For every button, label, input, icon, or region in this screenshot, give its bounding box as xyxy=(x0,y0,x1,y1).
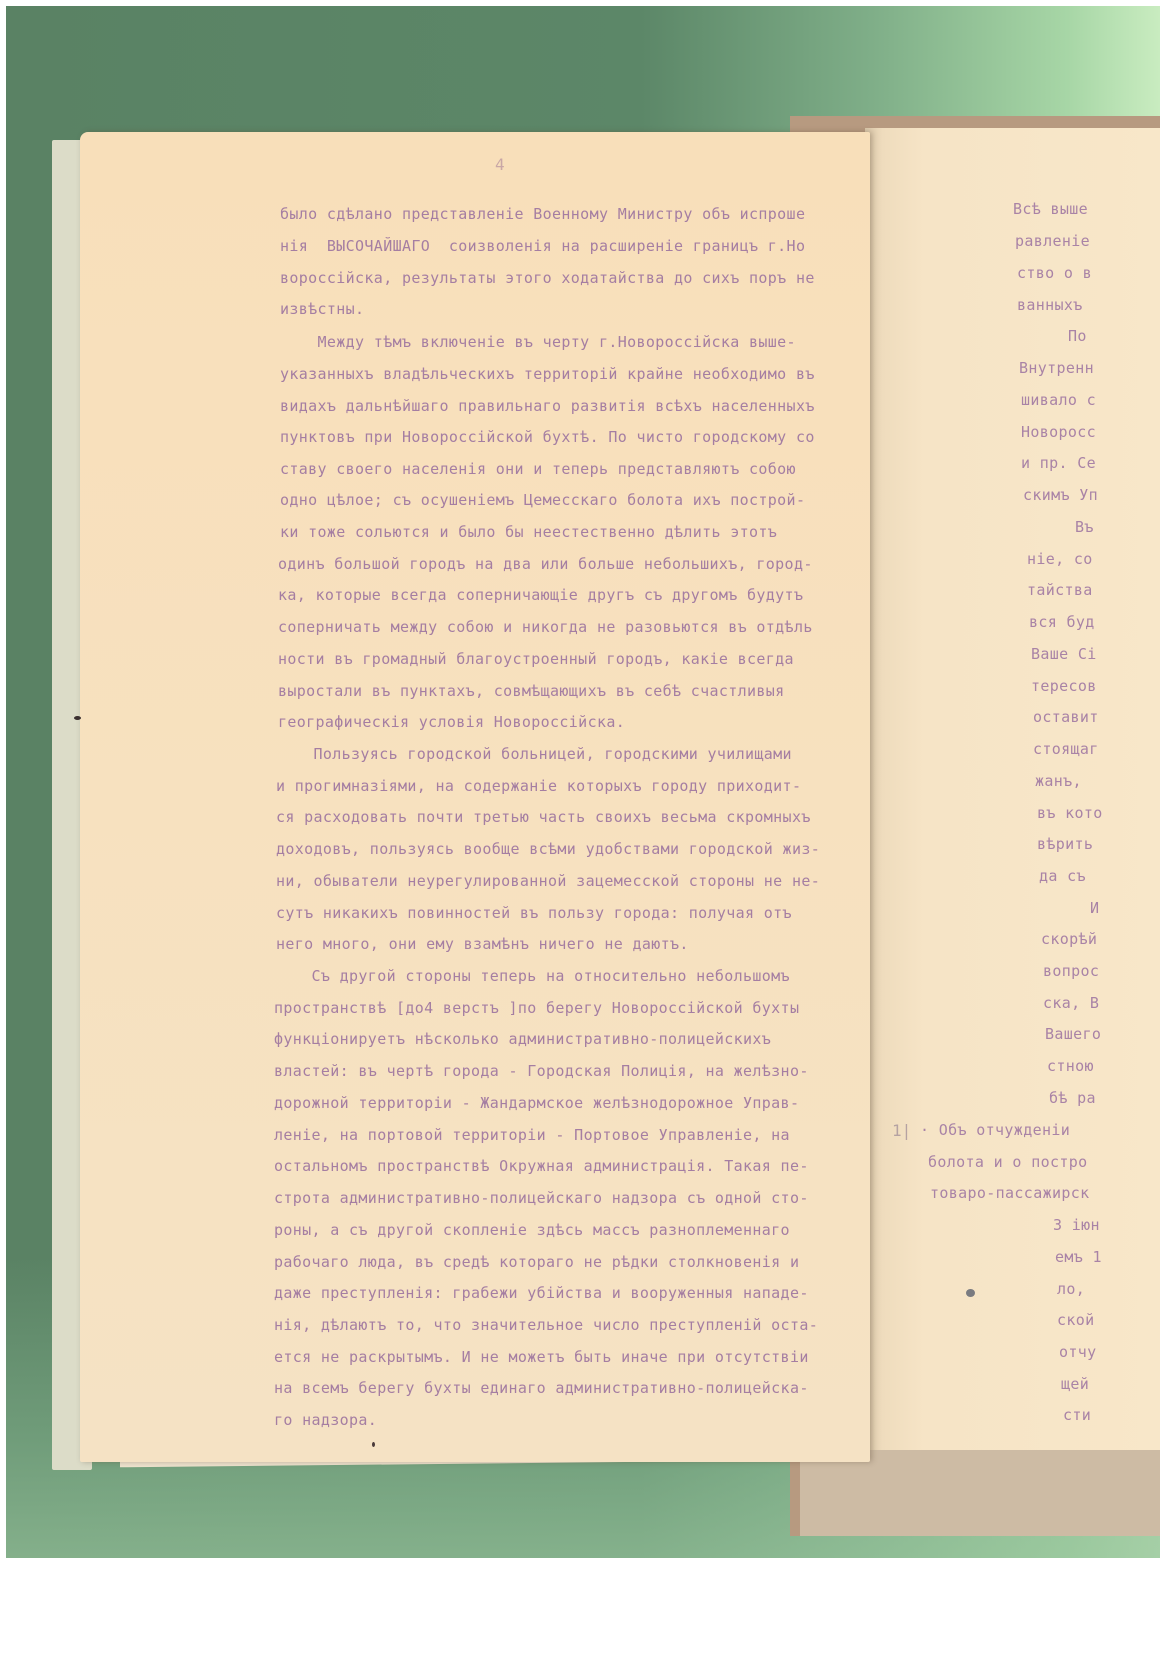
text-line: 3 іюн xyxy=(1053,1216,1100,1234)
text-line: ности въ громадный благоустроенный город… xyxy=(278,650,794,668)
text-line: щей xyxy=(1061,1375,1089,1393)
text-line: бѣ ра xyxy=(1049,1089,1096,1107)
text-line: рабочаго люда, въ средѣ котораго не рѣдк… xyxy=(274,1253,799,1271)
text-line: указанныхъ владѣльческихъ территорій кра… xyxy=(280,365,815,383)
text-line: дорожной территоріи - Жандармское желѣзн… xyxy=(274,1094,799,1112)
text-line: ется не раскрытымъ. И не можетъ быть ина… xyxy=(274,1348,809,1366)
text-line: соперничать между собою и никогда не раз… xyxy=(278,618,813,636)
text-line: скимъ Уп xyxy=(1023,486,1098,504)
text-line: роны, а съ другой скопленіе здѣсь массъ … xyxy=(274,1221,790,1239)
text-line: и пр. Се xyxy=(1021,454,1096,472)
text-line: пространствѣ [до4 верстъ ]по берегу Ново… xyxy=(274,999,799,1017)
text-line: ка, которые всегда соперничающіе другъ с… xyxy=(278,586,803,604)
text-line: оставит xyxy=(1033,708,1099,726)
text-line: даже преступленія: грабежи убійства и во… xyxy=(274,1284,809,1302)
text-line: нія, дѣлаютъ то, что значительное число … xyxy=(274,1316,818,1334)
text-line: Всѣ выше xyxy=(1013,200,1088,218)
text-line: равленіе xyxy=(1015,232,1090,250)
text-line: Между тѣмъ включеніе въ черту г.Новоросс… xyxy=(280,333,796,351)
text-line: функціонируетъ нѣсколько административно… xyxy=(274,1030,771,1048)
text-line: ство о в xyxy=(1017,264,1092,282)
text-line: тайства xyxy=(1027,581,1093,599)
text-line: одно цѣлое; съ осушеніемъ Цемесскаго бол… xyxy=(280,491,805,509)
text-line: нія ВЫСОЧАЙШАГО соизволенія на расширені… xyxy=(280,237,805,255)
text-line: было сдѣлано представленіе Военному Мини… xyxy=(280,205,805,223)
text-line: тересов xyxy=(1031,677,1097,695)
text-line: леніе, на портовой территоріи - Портовое… xyxy=(274,1126,790,1144)
text-line: Новоросс xyxy=(1021,423,1096,441)
text-line: ло, xyxy=(1057,1280,1095,1298)
text-line: ской xyxy=(1057,1311,1095,1329)
text-line: Въ xyxy=(1075,518,1094,536)
text-line: го надзора. xyxy=(274,1411,377,1429)
text-line: него много, они ему взамѣнъ ничего не да… xyxy=(276,935,689,953)
text-line: ніе, со xyxy=(1027,550,1093,568)
text-line: По xyxy=(1068,327,1087,345)
text-line: географическія условія Новороссійска. xyxy=(278,713,625,731)
text-line: вся буд xyxy=(1029,613,1095,631)
text-line: извѣстны. xyxy=(280,300,364,318)
text-line: жанъ, xyxy=(1035,772,1091,790)
text-line: въ кото xyxy=(1037,804,1103,822)
text-line: шивало с xyxy=(1021,391,1096,409)
text-line: властей: въ чертѣ города - Городская Пол… xyxy=(274,1062,809,1080)
text-line: сутъ никакихъ повинностей въ пользу горо… xyxy=(276,904,792,922)
text-line: ванныхъ xyxy=(1017,296,1083,314)
text-line: товаро-пассажирск xyxy=(930,1184,1089,1202)
text-line: выростали въ пунктахъ, совмѣщающихъ въ с… xyxy=(278,682,785,700)
text-line: емъ 1 xyxy=(1055,1248,1102,1266)
text-line: ставу своего населенія они и теперь пред… xyxy=(280,460,796,478)
text-line: скорѣй xyxy=(1041,930,1097,948)
text-line: ки тоже сольются и было бы неестественно… xyxy=(280,523,777,541)
ink-spot xyxy=(372,1442,375,1447)
text-line: Съ другой стороны теперь на относительно… xyxy=(274,967,790,985)
text-line: Пользуясь городской больницей, городским… xyxy=(276,745,792,763)
text-line: да съ xyxy=(1039,867,1086,885)
text-line: пунктовъ при Новороссійской бухтѣ. По чи… xyxy=(280,428,815,446)
text-line: сти xyxy=(1063,1406,1091,1424)
ink-spot xyxy=(74,716,81,720)
text-line: болота и о постро xyxy=(928,1153,1087,1171)
text-line: вопрос xyxy=(1043,962,1099,980)
text-line: ска, В xyxy=(1043,994,1099,1012)
text-line: Внутренн xyxy=(1019,359,1094,377)
text-line: доходовъ, пользуясь вообще всѣми удобств… xyxy=(276,840,820,858)
text-line: остальномъ пространствѣ Окружная админис… xyxy=(274,1157,809,1175)
text-line: видахъ дальнѣйшаго правильнаго развитія … xyxy=(280,397,815,415)
text-line: Ваше Сі xyxy=(1031,645,1097,663)
text-line: стною xyxy=(1047,1057,1094,1075)
text-line: · Объ отчужденіи xyxy=(920,1121,1070,1139)
text-line: вороссійска, результаты этого ходатайств… xyxy=(280,269,815,287)
text-line: строта административно-полицейскаго надз… xyxy=(274,1189,809,1207)
text-line: ни, обыватели неурегулированной зацемесс… xyxy=(276,872,820,890)
text-line: И xyxy=(1090,899,1099,917)
text-line: отчу xyxy=(1059,1343,1097,1361)
ink-spot xyxy=(966,1289,975,1297)
text-line: и прогимназіями, на содержаніе которыхъ … xyxy=(276,777,801,795)
text-line: вѣрить xyxy=(1037,835,1093,853)
text-line: одинъ большой городъ на два или больше н… xyxy=(278,555,813,573)
text-line: на всемъ берегу бухты единаго администра… xyxy=(274,1379,809,1397)
text-line: Вашего xyxy=(1045,1025,1101,1043)
text-line: стоящаг xyxy=(1033,740,1099,758)
text-line: ся расходовать почти третью часть своихъ… xyxy=(276,808,811,826)
